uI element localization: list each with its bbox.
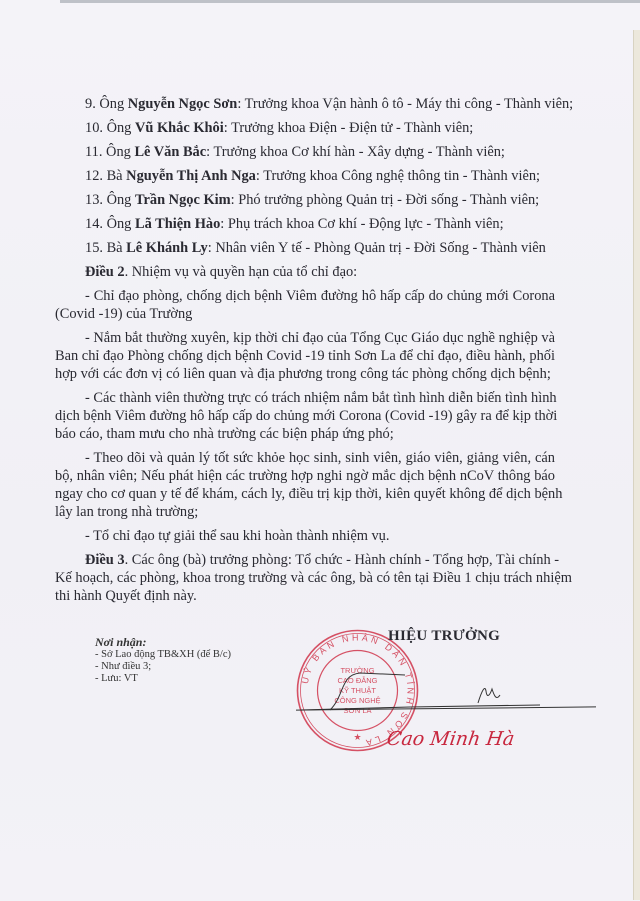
member-name: Nguyễn Thị Anh Nga xyxy=(126,168,256,184)
recipient-item: - Lưu: VT xyxy=(95,673,231,685)
member-item: 12. Bà Nguyễn Thị Anh Nga: Trưởng khoa C… xyxy=(85,168,540,185)
member-number: 12. Bà xyxy=(85,168,126,184)
member-role: : Trưởng khoa Cơ khí hàn - Xây dựng - Th… xyxy=(206,144,505,160)
paragraph-line: báo cáo, tham mưu cho nhà trường các biệ… xyxy=(55,426,394,443)
article-3-heading: Điều 3. Các ông (bà) trưởng phòng: Tổ ch… xyxy=(85,552,555,569)
member-item: 11. Ông Lê Văn Bắc: Trưởng khoa Cơ khí h… xyxy=(85,144,505,161)
member-name: Lê Khánh Ly xyxy=(126,240,208,256)
document-page: 9. Ông Nguyễn Ngọc Sơn: Trưởng khoa Vận … xyxy=(0,0,640,901)
paragraph-line: (Covid -19) của Trường xyxy=(55,306,192,323)
paragraph-line: bộ, nhân viên; Nếu phát hiện các trường … xyxy=(55,468,555,485)
article-label: Điều 2 xyxy=(85,264,125,280)
paragraph-line: Ban chỉ đạo Phòng chống dịch bệnh Covid … xyxy=(55,348,555,365)
recipients-block: Nơi nhận: - Sở Lao động TB&XH (để B/c) -… xyxy=(95,636,231,685)
signer-name: Cao Minh Hà xyxy=(385,728,515,750)
member-role: : Phó trưởng phòng Quản trị - Đời sống -… xyxy=(231,192,540,208)
member-number: 14. Ông xyxy=(85,216,135,232)
paragraph-line: - Tổ chỉ đạo tự giải thể sau khi hoàn th… xyxy=(85,528,389,545)
handwritten-signature xyxy=(290,665,590,725)
member-item: 10. Ông Vũ Khắc Khôi: Trưởng khoa Điện -… xyxy=(85,120,473,137)
paragraph-line: Kế hoạch, các phòng, khoa trong trường v… xyxy=(55,570,555,587)
paragraph-line: ngay cho cơ quan y tế để khám, cách ly, … xyxy=(55,486,555,503)
member-item: 13. Ông Trần Ngọc Kim: Phó trưởng phòng … xyxy=(85,192,539,209)
paragraph-line: - Các thành viên thường trực có trách nh… xyxy=(85,390,555,407)
recipient-item: - Như điều 3; xyxy=(95,661,231,673)
member-item: 9. Ông Nguyễn Ngọc Sơn: Trưởng khoa Vận … xyxy=(85,96,573,113)
article-text: . Nhiệm vụ và quyền hạn của tổ chỉ đạo: xyxy=(125,264,358,280)
member-role: : Trưởng khoa Công nghệ thông tin - Thàn… xyxy=(256,168,540,184)
recipient-item: - Sở Lao động TB&XH (để B/c) xyxy=(95,649,231,661)
member-role: : Trưởng khoa Điện - Điện tử - Thành viê… xyxy=(224,120,474,136)
member-role: : Phụ trách khoa Cơ khí - Động lực - Thà… xyxy=(220,216,503,232)
member-name: Nguyễn Ngọc Sơn xyxy=(128,96,238,112)
member-role: : Trưởng khoa Vận hành ô tô - Máy thi cô… xyxy=(237,96,573,112)
member-number: 13. Ông xyxy=(85,192,135,208)
member-number: 10. Ông xyxy=(85,120,135,136)
paragraph-line: - Nắm bắt thường xuyên, kịp thời chỉ đạo… xyxy=(85,330,555,347)
member-number: 11. Ông xyxy=(85,144,134,160)
scan-right-edge xyxy=(633,30,640,900)
signature-title: HIỆU TRƯỞNG xyxy=(388,628,500,645)
member-name: Vũ Khắc Khôi xyxy=(135,120,224,136)
article-2-heading: Điều 2. Nhiệm vụ và quyền hạn của tổ chỉ… xyxy=(85,264,357,281)
recipients-title: Nơi nhận: xyxy=(95,636,231,648)
paragraph-line: - Chỉ đạo phòng, chống dịch bệnh Viêm đư… xyxy=(85,288,555,305)
member-name: Trần Ngọc Kim xyxy=(135,192,231,208)
paragraph-line: lây lan trong nhà trường; xyxy=(55,504,198,521)
paragraph-line: hợp với các đơn vị có liên quan và địa p… xyxy=(55,366,551,383)
member-item: 14. Ông Lã Thiện Hào: Phụ trách khoa Cơ … xyxy=(85,216,504,233)
member-item: 15. Bà Lê Khánh Ly: Nhân viên Y tế - Phò… xyxy=(85,240,546,257)
svg-text:★: ★ xyxy=(353,732,361,742)
member-number: 9. Ông xyxy=(85,96,128,112)
scan-top-edge xyxy=(60,0,640,3)
member-name: Lã Thiện Hào xyxy=(135,216,220,232)
member-number: 15. Bà xyxy=(85,240,126,256)
member-role: : Nhân viên Y tế - Phòng Quản trị - Đời … xyxy=(208,240,546,256)
paragraph-line: dịch bệnh Viêm đường hô hấp cấp do chủng… xyxy=(55,408,555,425)
paragraph-line: thi hành Quyết định này. xyxy=(55,588,197,605)
article-label: Điều 3 xyxy=(85,552,125,568)
paragraph-line: - Theo dõi và quản lý tốt sức khỏe học s… xyxy=(85,450,555,467)
article-text: . Các ông (bà) trưởng phòng: Tổ chức - H… xyxy=(125,552,559,568)
member-name: Lê Văn Bắc xyxy=(134,144,206,160)
